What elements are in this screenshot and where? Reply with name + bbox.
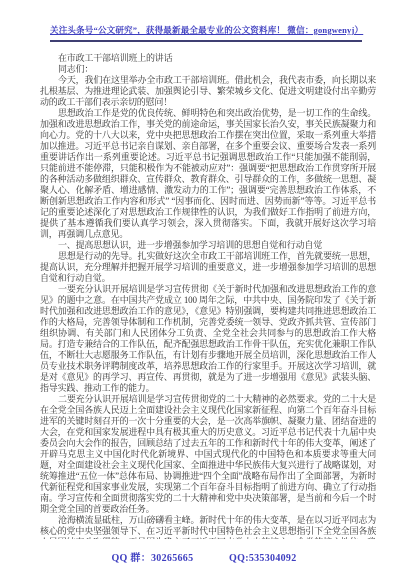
paragraph: 思想政治工作是党的优良传统、鲜明特色和突出政治优势，是一切工作的生命线。加强和改…: [40, 108, 376, 240]
paragraph: 思想是行动的先导。扎实做好这次全市政工干部培训班工作，首先就要统一思想，提高认识…: [40, 251, 376, 284]
paragraph: 二要充分认识开展培训是学习宣传贯彻党的二十大精神的必然要求。党的二十大是在全党全…: [40, 394, 376, 515]
page-header-banner: 关注头条号“公文研究”，获得最新最全最专业的公文资料库！ 微信：gongweny…: [50, 20, 362, 42]
header-notice-text: 关注头条号“公文研究”，获得最新最全最专业的公文资料库！ 微信：gongweny…: [50, 25, 363, 35]
document-page: 关注头条号“公文研究”，获得最新最全最专业的公文资料库！ 微信：gongweny…: [0, 0, 408, 580]
paragraph: 沧海横流显砥柱，万山磅礴看主峰。新时代十年的伟大变革，是在以习近平同志为核心的党…: [40, 515, 376, 539]
paragraph: 今天，我们在这里举办全市政工干部培训班。借此机会，我代表市委，向长期以来扎根基层…: [40, 75, 376, 108]
qq-number: QQ:535304092: [229, 553, 297, 564]
document-body: 在市政工干部培训班上的讲话 同志们： 今天，我们在这里举办全市政工干部培训班。借…: [40, 53, 376, 539]
salutation: 同志们：: [40, 64, 376, 75]
page-footer: QQ 群：30265665 QQ:535304092: [0, 549, 408, 564]
paragraph: 一要充分认识开展培训是学习宣传贯彻《关于新时代加强和改进思想政治工作的意见》的题…: [40, 284, 376, 394]
document-title: 在市政工干部培训班上的讲话: [40, 53, 376, 64]
section-heading: 一、提高思想认识，进一步增强参加学习培训的思想自觉和行动自觉: [40, 240, 376, 251]
qq-group-number: QQ 群：30265665: [111, 553, 193, 564]
